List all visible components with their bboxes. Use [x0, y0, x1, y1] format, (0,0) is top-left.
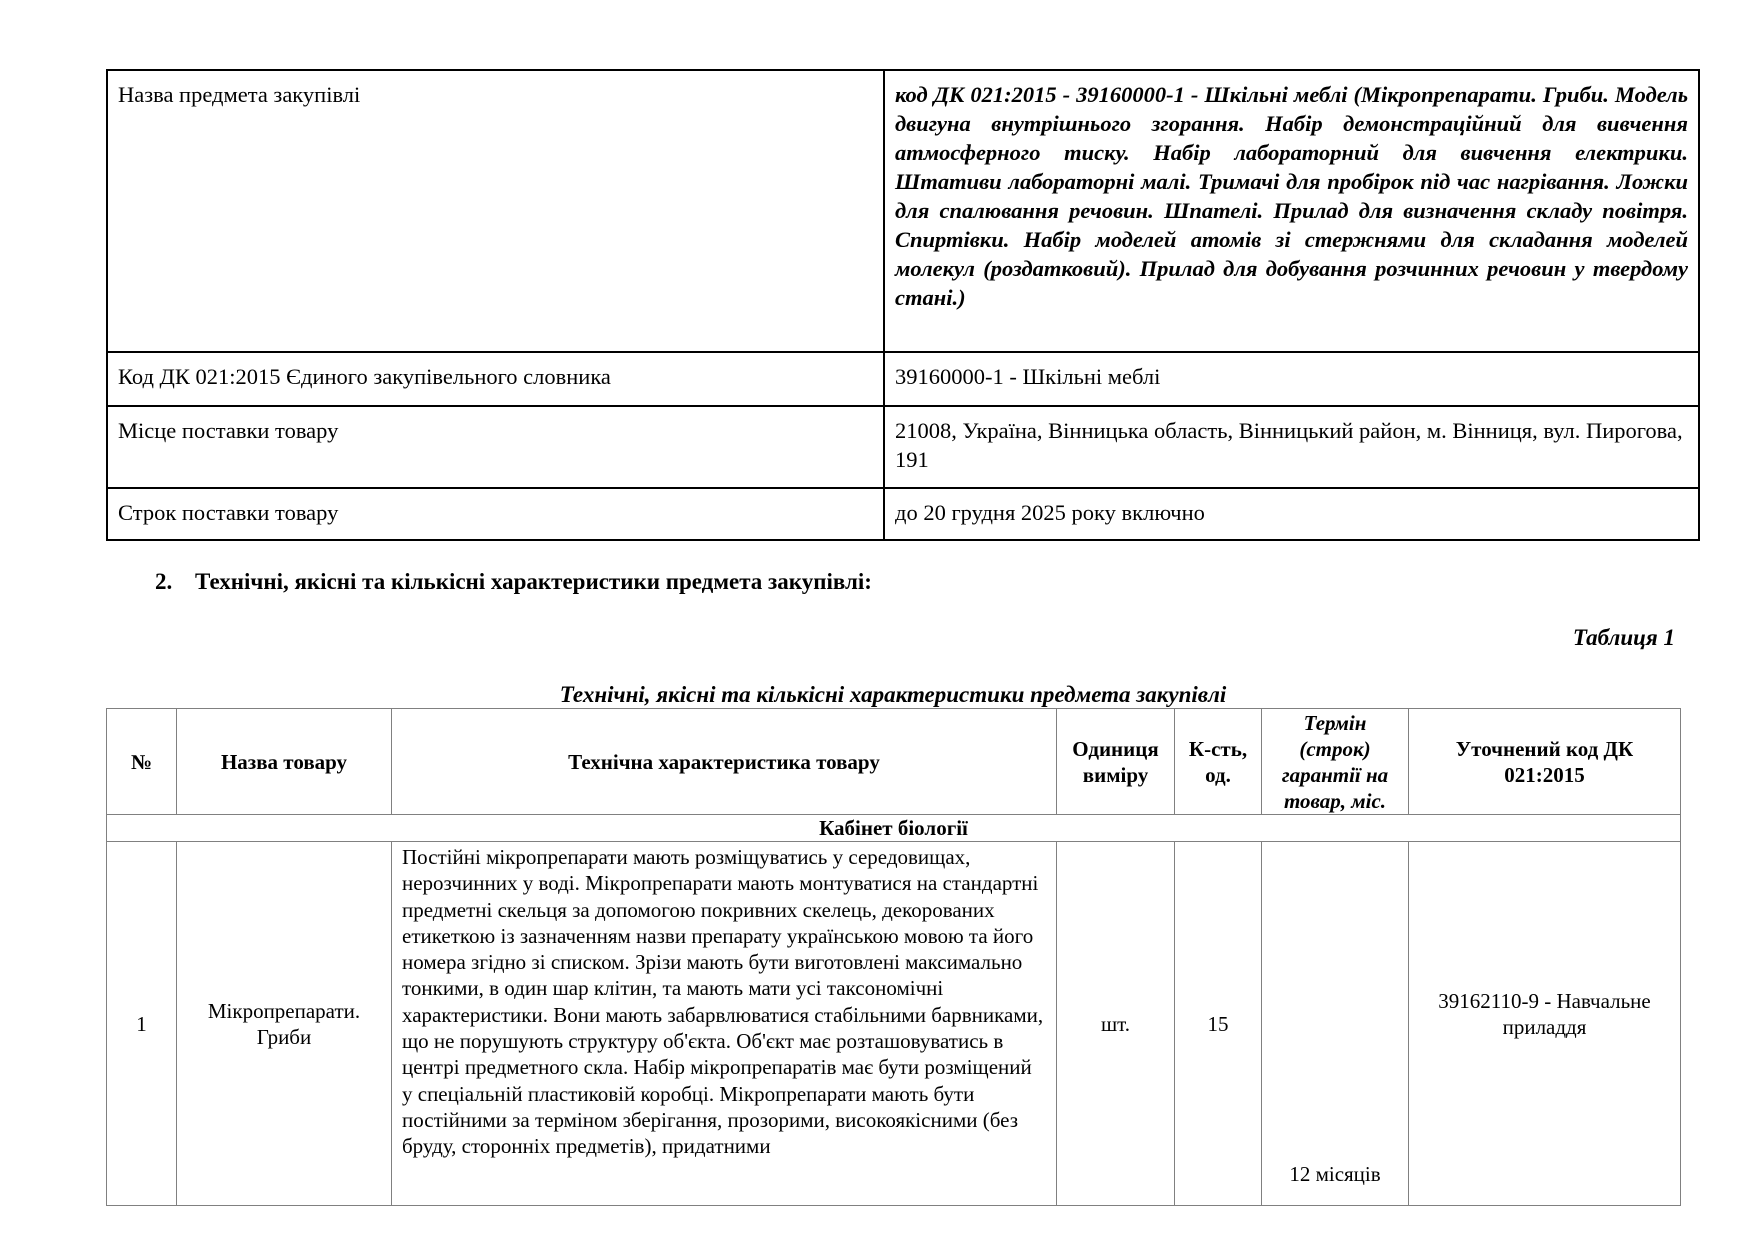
table-row: Код ДК 021:2015 Єдиного закупівельного с… [107, 352, 1699, 406]
delivery-place-value: 21008, Україна, Вінницька область, Вінни… [884, 406, 1699, 488]
procurement-subject-value: код ДК 021:2015 - 39160000-1 - Шкільні м… [884, 70, 1699, 352]
cell-qty: 15 [1175, 842, 1262, 1206]
table-row: Назва предмета закупівлі код ДК 021:2015… [107, 70, 1699, 352]
cell-spec: Постійні мікропрепарати мають розміщуват… [392, 842, 1057, 1206]
row-label: Назва предмета закупівлі [107, 70, 884, 352]
cell-num: 1 [107, 842, 177, 1206]
cell-unit: шт. [1057, 842, 1175, 1206]
table-label: Таблиця 1 [1573, 625, 1675, 651]
table-row: 1 Мікропрепарати. Гриби Постійні мікропр… [107, 842, 1681, 1206]
header-num: № [107, 709, 177, 815]
header-qty: К-сть, од. [1175, 709, 1262, 815]
section-heading: 2.Технічні, якісні та кількісні характер… [155, 569, 872, 595]
table-row: Строк поставки товару до 20 грудня 2025 … [107, 488, 1699, 540]
header-unit: Одиниця виміру [1057, 709, 1175, 815]
table-row: Місце поставки товару 21008, Україна, Ві… [107, 406, 1699, 488]
row-label: Строк поставки товару [107, 488, 884, 540]
section-title: Технічні, якісні та кількісні характерис… [195, 569, 872, 594]
spec-table: № Назва товару Технічна характеристика т… [106, 708, 1681, 1206]
header-warranty: Термін (строк) гарантії на товар, міс. [1262, 709, 1409, 815]
row-label: Код ДК 021:2015 Єдиного закупівельного с… [107, 352, 884, 406]
cell-name: Мікропрепарати. Гриби [177, 842, 392, 1206]
cpv-code-value: 39160000-1 - Шкільні меблі [884, 352, 1699, 406]
section-number: 2. [155, 569, 195, 595]
cell-warranty: 12 місяців [1262, 842, 1409, 1206]
header-code: Уточнений код ДК 021:2015 [1409, 709, 1681, 815]
delivery-term-value: до 20 грудня 2025 року включно [884, 488, 1699, 540]
procurement-summary-table: Назва предмета закупівлі код ДК 021:2015… [106, 69, 1700, 541]
section-row: Кабінет біології [107, 815, 1681, 842]
header-spec: Технічна характеристика товару [392, 709, 1057, 815]
row-label: Місце поставки товару [107, 406, 884, 488]
table-header-row: № Назва товару Технічна характеристика т… [107, 709, 1681, 815]
table-caption: Технічні, якісні та кількісні характерис… [106, 682, 1680, 708]
section-row-label: Кабінет біології [107, 815, 1681, 842]
header-name: Назва товару [177, 709, 392, 815]
cell-code: 39162110-9 - Навчальне приладдя [1409, 842, 1681, 1206]
